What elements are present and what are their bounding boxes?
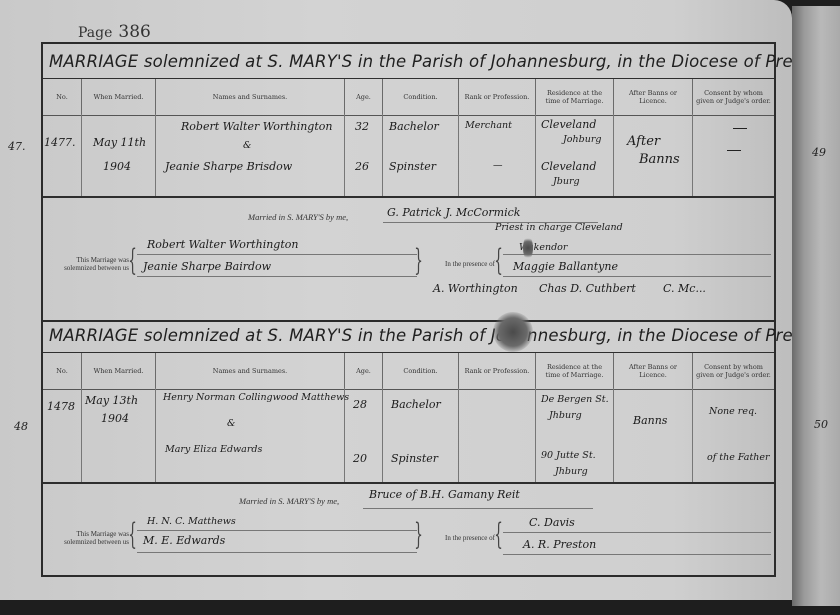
banns-or-licence: After: [627, 134, 660, 149]
groom-age: 28: [353, 398, 367, 411]
adjacent-page-edge: 49 50: [792, 6, 840, 606]
married-by-label: Married in S. MARY'S by me,: [248, 212, 348, 222]
margin-page-number: 50: [814, 418, 828, 431]
groom-age: 32: [355, 120, 369, 133]
bride-residence-town: Jhburg: [555, 466, 588, 477]
entry-number: 1478: [47, 400, 75, 413]
marriage-entry-1: MARRIAGE solemnized at S. MARY'S in the …: [41, 42, 776, 322]
officiant-title: Priest in charge Cleveland: [495, 222, 623, 233]
bride-signature: Jeanie Sharpe Bairdow: [143, 260, 271, 273]
solemnized-label: This Marriage was solemnized between us: [43, 256, 129, 272]
brace-witness: {: [494, 520, 503, 550]
brace-witness: {: [494, 246, 503, 276]
column-header: No.: [43, 353, 81, 389]
bride-consent-dash: [727, 150, 741, 151]
groom-name: Henry Norman Collingwood Matthews: [163, 392, 349, 403]
groom-residence-town: Jhburg: [549, 410, 582, 421]
witness-3: A. Worthington: [433, 282, 518, 295]
witness-5: C. Mc...: [663, 282, 706, 295]
brace-right: }: [414, 520, 423, 550]
solemnized-label-line2: solemnized between us: [43, 264, 129, 272]
connector: &: [243, 140, 251, 151]
bride-residence-town: Jburg: [553, 176, 580, 187]
bride-name: Jeanie Sharpe Brisdow: [165, 160, 292, 173]
column-header: Rank or Profession.: [458, 79, 535, 115]
married-by-label: Married in S. MARY'S by me,: [239, 496, 339, 506]
witness-2: A. R. Preston: [523, 538, 596, 551]
officiant-signature: G. Patrick J. McCormick: [387, 206, 520, 219]
bride-condition: Spinster: [389, 160, 436, 173]
bride-residence: Cleveland: [541, 160, 596, 173]
groom-residence: De Bergen St.: [541, 394, 609, 405]
column-header: Age.: [344, 353, 382, 389]
margin-page-number: 49: [812, 146, 826, 159]
column-header: After Banns or Licence.: [613, 79, 692, 115]
groom-condition: Bachelor: [389, 120, 439, 133]
signature-block: Married in S. MARY'S by me, G. Patrick J…: [43, 196, 774, 320]
marriage-entry-2: MARRIAGE solemnized at S. MARY'S in the …: [41, 318, 776, 577]
entry-title-text: MARRIAGE solemnized at S. MARY'S in the …: [49, 52, 840, 71]
witness-4: Chas D. Cuthbert: [539, 282, 636, 295]
column-header-row: No. When Married. Names and Surnames. Ag…: [43, 352, 774, 390]
column-header: Names and Surnames.: [155, 353, 344, 389]
bride-name: Mary Eliza Edwards: [165, 444, 262, 455]
entry-number: 1477.: [44, 136, 76, 149]
bride-condition: Spinster: [391, 452, 438, 465]
page-number: 386: [118, 22, 150, 42]
groom-signature: Robert Walter Worthington: [147, 238, 298, 251]
column-header: When Married.: [81, 79, 155, 115]
bride-residence: 90 Jutte St.: [541, 450, 596, 461]
presence-label: In the presence of: [429, 260, 495, 268]
officiant-signature: Bruce of B.H. Gamany Reit: [369, 488, 520, 501]
column-header: Consent by whom given or Judge's order.: [692, 353, 774, 389]
column-header: Consent by whom given or Judge's order.: [692, 79, 774, 115]
column-header: Condition.: [382, 79, 458, 115]
column-header: Age.: [344, 79, 382, 115]
bride-signature: M. E. Edwards: [143, 534, 225, 547]
presence-label: In the presence of: [429, 534, 495, 542]
groom-consent: None req.: [709, 406, 757, 417]
bride-age: 26: [355, 160, 369, 173]
ink-blot: [523, 236, 533, 260]
solemnized-label-line1: This Marriage was: [43, 530, 129, 538]
witness-2: Maggie Ballantyne: [513, 260, 618, 273]
groom-condition: Bachelor: [391, 398, 441, 411]
groom-residence-town: Johburg: [563, 134, 601, 145]
signature-block: Married in S. MARY'S by me, Bruce of B.H…: [43, 482, 774, 575]
column-header: No.: [43, 79, 81, 115]
page-label: Page386: [78, 22, 151, 42]
ink-blot: [493, 312, 533, 352]
banns-or-licence: Banns: [633, 414, 667, 427]
column-header: After Banns or Licence.: [613, 353, 692, 389]
connector: &: [227, 418, 235, 429]
marriage-year: 1904: [103, 160, 131, 173]
entry-title: MARRIAGE solemnized at S. MARY'S in the …: [49, 326, 768, 345]
banns-or-licence-2: Banns: [639, 152, 680, 167]
page-label-text: Page: [78, 25, 112, 41]
solemnized-label: This Marriage was solemnized between us: [43, 530, 129, 546]
entry-title-text: MARRIAGE solemnized at S. MARY'S in the …: [49, 326, 840, 345]
column-header-row: No. When Married. Names and Surnames. Ag…: [43, 78, 774, 116]
entry-data-row: 1477. May 11th 1904 Robert Walter Worthi…: [43, 114, 774, 198]
bride-profession: —: [493, 160, 503, 171]
groom-name: Robert Walter Worthington: [181, 120, 332, 133]
bride-age: 20: [353, 452, 367, 465]
brace-right: }: [414, 246, 423, 276]
column-header: Residence at the time of Marriage.: [535, 79, 613, 115]
margin-entry-number: 48: [14, 420, 28, 433]
column-header: Rank or Profession.: [458, 353, 535, 389]
brace-left: {: [128, 246, 137, 276]
groom-consent-dash: [733, 128, 747, 129]
groom-profession: Merchant: [465, 120, 512, 131]
entry-data-row: 1478 May 13th 1904 Henry Norman Collingw…: [43, 388, 774, 484]
column-header: Condition.: [382, 353, 458, 389]
column-header: Names and Surnames.: [155, 79, 344, 115]
register-page: Page386 47. 48 MARRIAGE solemnized at S.…: [0, 0, 792, 600]
groom-residence: Cleveland: [541, 118, 596, 131]
solemnized-label-line1: This Marriage was: [43, 256, 129, 264]
entry-title: MARRIAGE solemnized at S. MARY'S in the …: [49, 52, 768, 71]
marriage-date: May 11th: [93, 136, 146, 149]
groom-signature: H. N. C. Matthews: [147, 516, 236, 527]
bride-consent: of the Father: [707, 452, 770, 463]
margin-entry-number: 47.: [8, 140, 26, 153]
brace-left: {: [128, 520, 137, 550]
solemnized-label-line2: solemnized between us: [43, 538, 129, 546]
witness-1: C. Davis: [529, 516, 575, 529]
column-header: When Married.: [81, 353, 155, 389]
marriage-date: May 13th: [85, 394, 138, 407]
column-header: Residence at the time of Marriage.: [535, 353, 613, 389]
marriage-year: 1904: [101, 412, 129, 425]
